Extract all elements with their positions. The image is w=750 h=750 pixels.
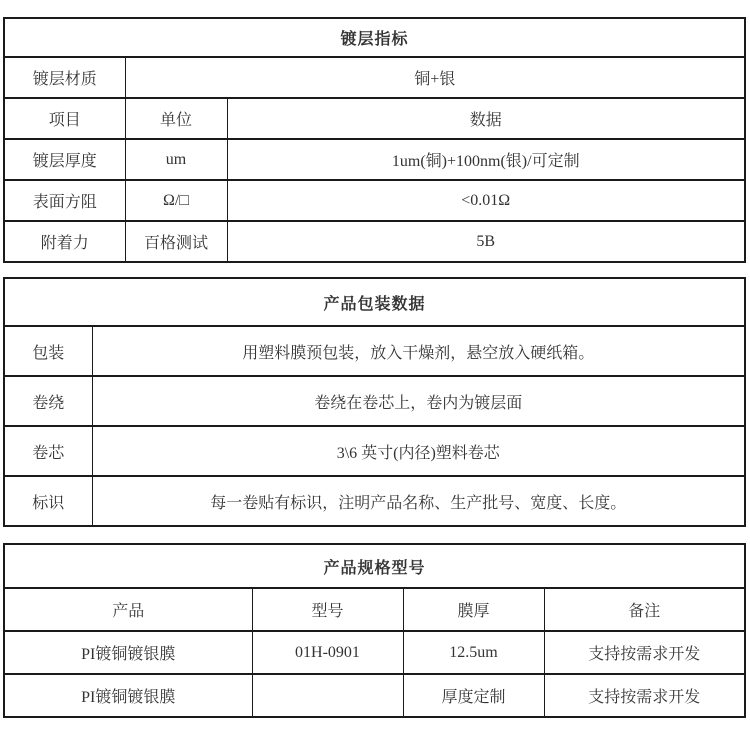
table-row: 项目 单位 数据 xyxy=(4,98,745,139)
column-header: 型号 xyxy=(252,588,403,631)
row-value: 铜+银 xyxy=(125,57,745,98)
table-row: PI镀铜镀银膜 厚度定制 支持按需求开发 xyxy=(4,674,745,717)
coating-table-title: 镀层指标 xyxy=(4,18,745,57)
row-value: 3\6 英寸(内径)塑料卷芯 xyxy=(92,426,745,476)
row-label: 标识 xyxy=(4,476,92,526)
row-value: 卷绕在卷芯上，卷内为镀层面 xyxy=(92,376,745,426)
column-header: 数据 xyxy=(227,98,745,139)
table-row: 镀层厚度 um 1um(铜)+100nm(银)/可定制 xyxy=(4,139,745,180)
table-row: 附着力 百格测试 5B xyxy=(4,221,745,262)
row-label: 包装 xyxy=(4,326,92,376)
row-label: 镀层材质 xyxy=(4,57,125,98)
row-label: 表面方阻 xyxy=(4,180,125,221)
row-value: 5B xyxy=(227,221,745,262)
remark: 支持按需求开发 xyxy=(544,674,745,717)
table-row: 镀层材质 铜+银 xyxy=(4,57,745,98)
packaging-table-title: 产品包装数据 xyxy=(4,278,745,326)
row-label: 卷芯 xyxy=(4,426,92,476)
row-unit: um xyxy=(125,139,227,180)
row-value: 每一卷贴有标识，注明产品名称、生产批号、宽度、长度。 xyxy=(92,476,745,526)
row-label: 镀层厚度 xyxy=(4,139,125,180)
table-row: 表面方阻 Ω/□ <0.01Ω xyxy=(4,180,745,221)
packaging-table: 产品包装数据 包装 用塑料膜预包装，放入干燥剂，悬空放入硬纸箱。 卷绕 卷绕在卷… xyxy=(3,277,746,527)
column-header: 膜厚 xyxy=(403,588,544,631)
table-row: 卷绕 卷绕在卷芯上，卷内为镀层面 xyxy=(4,376,745,426)
row-value: <0.01Ω xyxy=(227,180,745,221)
table-row: 产品规格型号 xyxy=(4,544,745,588)
table-row: 产品 型号 膜厚 备注 xyxy=(4,588,745,631)
product-name: PI镀铜镀银膜 xyxy=(4,674,252,717)
coating-spec-table: 镀层指标 镀层材质 铜+银 项目 单位 数据 镀层厚度 um 1um(铜)+10… xyxy=(3,17,746,263)
row-unit: Ω/□ xyxy=(125,180,227,221)
film-thickness: 厚度定制 xyxy=(403,674,544,717)
product-name: PI镀铜镀银膜 xyxy=(4,631,252,674)
column-header: 单位 xyxy=(125,98,227,139)
row-value: 用塑料膜预包装，放入干燥剂，悬空放入硬纸箱。 xyxy=(92,326,745,376)
table-row: 包装 用塑料膜预包装，放入干燥剂，悬空放入硬纸箱。 xyxy=(4,326,745,376)
film-thickness: 12.5um xyxy=(403,631,544,674)
row-unit: 百格测试 xyxy=(125,221,227,262)
row-value: 1um(铜)+100nm(银)/可定制 xyxy=(227,139,745,180)
model-number xyxy=(252,674,403,717)
remark: 支持按需求开发 xyxy=(544,631,745,674)
table-row: 卷芯 3\6 英寸(内径)塑料卷芯 xyxy=(4,426,745,476)
model-number: 01H-0901 xyxy=(252,631,403,674)
spec-table-title: 产品规格型号 xyxy=(4,544,745,588)
table-row: 标识 每一卷贴有标识，注明产品名称、生产批号、宽度、长度。 xyxy=(4,476,745,526)
row-label: 卷绕 xyxy=(4,376,92,426)
spec-model-table: 产品规格型号 产品 型号 膜厚 备注 PI镀铜镀银膜 01H-0901 12.5… xyxy=(3,543,746,718)
column-header: 备注 xyxy=(544,588,745,631)
table-row: 产品包装数据 xyxy=(4,278,745,326)
column-header: 项目 xyxy=(4,98,125,139)
row-label: 附着力 xyxy=(4,221,125,262)
table-row: PI镀铜镀银膜 01H-0901 12.5um 支持按需求开发 xyxy=(4,631,745,674)
table-row: 镀层指标 xyxy=(4,18,745,57)
document-page: 镀层指标 镀层材质 铜+银 项目 单位 数据 镀层厚度 um 1um(铜)+10… xyxy=(0,0,750,750)
column-header: 产品 xyxy=(4,588,252,631)
